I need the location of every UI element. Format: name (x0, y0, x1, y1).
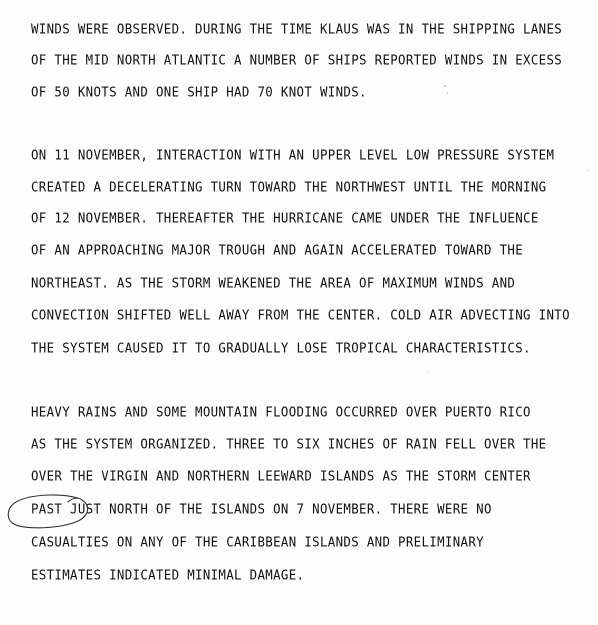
text-line: CREATED A DECELERATING TURN TOWARD THE N… (31, 180, 546, 195)
scan-speck (587, 170, 588, 171)
text-line: ON 11 NOVEMBER, INTERACTION WITH AN UPPE… (31, 148, 554, 163)
text-line: HEAVY RAINS AND SOME MOUNTAIN FLOODING O… (31, 405, 531, 420)
text-line: AS THE SYSTEM ORGANIZED. THREE TO SIX IN… (31, 437, 546, 452)
text-line: OVER THE VIRGIN AND NORTHERN LEEWARD ISL… (31, 469, 531, 484)
text-line: THE SYSTEM CAUSED IT TO GRADUALLY LOSE T… (31, 341, 531, 356)
text-line: PAST JUST NORTH OF THE ISLANDS ON 7 NOVE… (31, 502, 492, 517)
text-line: ESTIMATES INDICATED MINIMAL DAMAGE. (31, 568, 304, 583)
text-line: OF THE MID NORTH ATLANTIC A NUMBER OF SH… (31, 53, 562, 68)
text-line: NORTHEAST. AS THE STORM WEAKENED THE ARE… (31, 276, 515, 291)
text-line: CONVECTION SHIFTED WELL AWAY FROM THE CE… (31, 308, 570, 323)
text-line: OF 50 KNOTS AND ONE SHIP HAD 70 KNOT WIN… (31, 85, 367, 100)
scan-speck (447, 92, 448, 94)
scan-speck (428, 371, 429, 372)
text-line: OF 12 NOVEMBER. THEREAFTER THE HURRICANE… (31, 211, 539, 226)
text-line: CASUALTIES ON ANY OF THE CARIBBEAN ISLAN… (31, 535, 484, 550)
scanned-document-page: WINDS WERE OBSERVED. DURING THE TIME KLA… (0, 0, 598, 625)
text-line: WINDS WERE OBSERVED. DURING THE TIME KLA… (31, 22, 562, 37)
text-line: OF AN APPROACHING MAJOR TROUGH AND AGAIN… (31, 243, 523, 258)
scan-speck (444, 85, 446, 87)
